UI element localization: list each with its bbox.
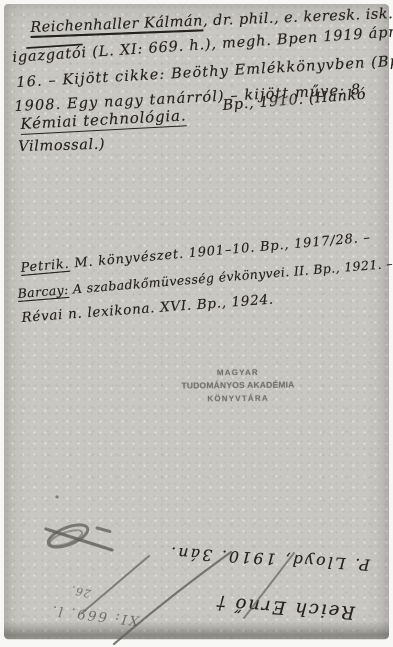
source-author-barcay: Barcay:	[17, 282, 69, 301]
co-author-line: Vilmossal.)	[18, 137, 105, 155]
author-name: Reichenhaller Kálmán	[30, 13, 203, 36]
inverted-person-name: Reich Ernő †	[186, 590, 355, 623]
inverted-pencil-reference: XI: 669. l.	[30, 599, 139, 628]
stamp-line-2: TUDOMÁNYOS AKADÉMIA	[172, 378, 304, 392]
inverted-pencil-small-mark: 26.	[60, 581, 92, 600]
library-stamp: MAGYAR TUDOMÁNYOS AKADÉMIA KÖNYVTÁRA	[172, 366, 304, 405]
catalog-card: Reichenhaller Kálmán, dr. phil., e. kere…	[4, 4, 389, 639]
source-author-petrik: Petrik.	[20, 257, 70, 276]
inverted-press-reference: P. Lloyd, 1910. 3án.	[152, 542, 371, 573]
stamp-line-3: KÖNYVTÁRA	[172, 391, 304, 405]
